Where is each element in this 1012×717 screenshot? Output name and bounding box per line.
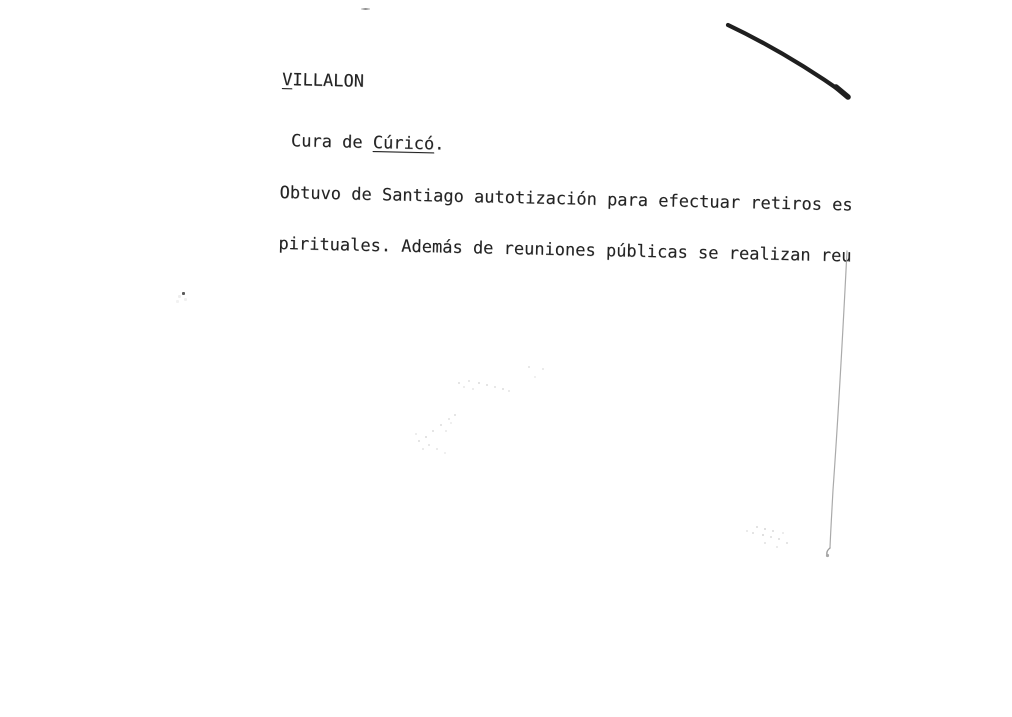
subtitle-underlined-word: Cúricó: [373, 133, 435, 154]
entry-subtitle: Cura de Cúricó.: [281, 133, 851, 163]
smudge-speckle-cluster: [458, 380, 460, 382]
top-dash-artifact: [361, 8, 370, 10]
entry-title-rest: ILLALON: [292, 71, 364, 93]
left-dot-artifact: [182, 292, 185, 295]
entry-title: VILLALON: [282, 72, 851, 102]
smudge-speckle-cluster: [748, 526, 750, 528]
scanned-document-page: VILLALON Cura de Cúricó. Obtuvo de Santi…: [0, 0, 1012, 717]
subtitle-post: .: [434, 134, 445, 154]
subtitle-pre: Cura de: [281, 131, 374, 153]
body-line: Obtuvo de Santiago autotización para efe…: [279, 185, 851, 215]
vertical-crease-line-icon: [826, 251, 847, 557]
card-scan-area: VILLALON Cura de Cúricó. Obtuvo de Santi…: [0, 0, 851, 270]
body-line: pirituales. Además de reuniones públicas…: [278, 236, 851, 266]
typed-text-block: VILLALON Cura de Cúricó. Obtuvo de Santi…: [273, 38, 851, 270]
smudge-speckle-cluster: [418, 414, 420, 416]
